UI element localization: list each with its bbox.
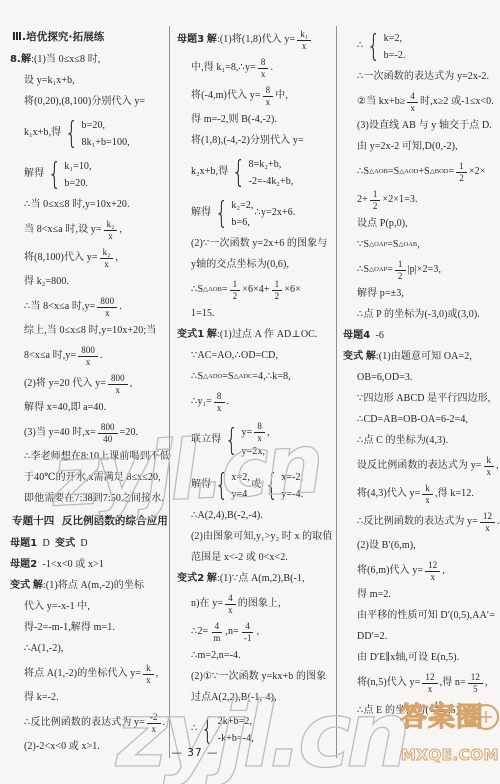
text-run: =S [222, 371, 233, 384]
answer-column-left: Ⅲ.培优探究·拓展练8.解:(1)当 0≤x≤8 时,设 y=k₁x+b,将(0… [8, 26, 169, 758]
text-run: 的图象上, [238, 598, 281, 611]
bold-label: 变式 [343, 351, 363, 364]
text-run: 将(6,m)代入 y= [357, 565, 423, 578]
bold-label: Ⅲ.培优探究·拓展练 [12, 31, 104, 44]
brace-system: {x=2,y=4 [212, 469, 250, 503]
fraction: 125 [468, 672, 483, 695]
text-run: ②当 kx+b≥ [357, 96, 405, 109]
text-run: 解得 p=±3, [357, 288, 404, 301]
text-run: k=2, [384, 30, 403, 47]
answer-text-line: ∵AC=AO,∴OD=CD, [177, 346, 334, 367]
brace-system: {2k+b=2,-k+b=-4, [198, 713, 253, 747]
text-run: ∴当 0≤x≤8 时,y=10x+20. [24, 199, 130, 212]
text-run: ∵AC=AO,∴OD=CD, [191, 350, 278, 363]
text-run: -6 [370, 330, 384, 343]
answer-text-line: ∴点 E 的坐标为(125,5). [343, 697, 497, 725]
answer-text-line: 于40℃的开水,x需满足 8≤x≤20, [10, 468, 169, 489]
brace-system: {k₂=2,b=6, [212, 197, 253, 231]
answer-text-line: 1=15. [177, 304, 334, 325]
fraction: kx [484, 455, 495, 478]
text-run: y=2x, [242, 443, 266, 460]
text-run: . [119, 301, 122, 314]
fraction: 800x [97, 296, 117, 319]
text-run: -1<x<0 或 x>1 [37, 559, 104, 572]
answer-text-line: (3)设直线 AB 与 y 轴交于点 D. [343, 116, 497, 137]
answer-text-line: 当 8<x≤a 时,设 y=k₂x, [10, 216, 169, 244]
fraction: 800x [78, 345, 98, 368]
answer-text-line: ∴S△OAP=12|p|×2=3, [343, 256, 497, 284]
text-run: ×6×4+ [242, 284, 269, 297]
text-run: (2)设 B′(6,m), [357, 540, 416, 553]
answer-text-line: 得 k=-2. [10, 688, 169, 709]
text-run: k₁x+b,得 [24, 127, 61, 140]
text-run: . [163, 717, 166, 730]
answer-text-line: 综上,当 0≤x≤8 时,y=10x+20;当 [10, 321, 169, 342]
text-run: 即他需要在7:38到7:50之间接水. [24, 493, 164, 506]
answer-text-line: 8<x≤a 时,y=800x. [10, 342, 169, 370]
left-brace-icon: { [201, 716, 214, 743]
text-run: (2)由图象可知,y₁>y₂ 时 x 的取值 [191, 531, 332, 544]
text-run: :(1)当 0≤x≤8 时, [31, 54, 100, 67]
fraction: 12 [395, 259, 406, 282]
text-run: ∴y₁= [191, 396, 212, 409]
text-run: ∴反比例函数的表达式为 y= [24, 717, 145, 730]
answer-text-line: 由 D′E∥x轴,可设 E(n,5). [343, 648, 497, 669]
text-run: x=2, [231, 469, 250, 486]
brace-system: {b=20,8k₁+b=100, [62, 117, 129, 151]
fraction: 4x [225, 593, 236, 616]
answer-text-line: 变式2 解:(1)∵点 A(m,2),B(-1, [177, 569, 334, 590]
answer-text-line: ∴A(2,4),B(-2,-4). [177, 506, 334, 527]
text-run: ∴y=2x+6. [255, 207, 296, 220]
text-run: 将点 A(1,-2)的坐标代入 y= [24, 668, 141, 681]
fraction: 800x [108, 373, 128, 396]
text-run: D [37, 538, 55, 551]
answer-text-line: 由平移的性质可知 D′(0,5),AA′= [343, 606, 497, 627]
answer-text-line: (2)设 B′(6,m), [343, 536, 497, 557]
brace-system: {8=k₂+b,-2=-4k₂+b, [229, 156, 293, 190]
text-run: 解得 [191, 479, 211, 492]
text-run: 由 y=2x-2 可知,D(0,-2), [357, 141, 458, 154]
text-run: 2k+b=2, [218, 713, 252, 730]
text-run: 当 8<x≤a 时,设 y= [24, 224, 102, 237]
text-run: =S [388, 166, 399, 179]
answer-text-line: k₂x+b,得{8=k₂+b,-2=-4k₂+b, [177, 152, 334, 193]
text-run: . [227, 396, 230, 409]
text-run: , [156, 668, 159, 681]
answer-text-line: ∴S△AOB=S△AOD+S△BOD=12×2× [343, 158, 497, 186]
answer-text-line: 将(8,100)代入 y=k₂x, [10, 244, 169, 272]
fraction: 4m [210, 621, 223, 644]
answer-text-line: 母题2 -1<x<0 或 x>1 [10, 555, 169, 576]
answer-text-line: ∴{k=2,b=-2. [343, 26, 497, 67]
text-run: 由 D′E∥x轴,可设 E(n,5). [357, 652, 459, 665]
subscript: △BOD [430, 168, 449, 176]
text-run: ×2×1=3. [382, 194, 417, 207]
text-run: ∴A(1,-2), [24, 643, 63, 656]
text-run: 解得 [24, 168, 44, 181]
text-run: 将(8,100)代入 y= [24, 252, 98, 265]
left-brace-icon: { [225, 427, 238, 454]
answer-text-line: 将(6,m)代入 y=12x, [343, 557, 497, 585]
answer-text-line: (2)将 y=20 代入 y=800x, [10, 370, 169, 398]
bold-label: 解 [207, 573, 217, 586]
text-run: = [222, 284, 228, 297]
text-run: ∴S [191, 371, 203, 384]
text-run: 或 [251, 479, 261, 492]
text-run: ∴S [191, 284, 203, 297]
bold-label: 变式2 [177, 573, 204, 586]
text-run: :(1)∵点 A(m,2),B(-1, [217, 573, 305, 586]
subscript: △ADO [203, 373, 222, 381]
page-number: — 37 — [0, 747, 390, 759]
text-run: y=4 [231, 486, 247, 503]
subscript: △AOB [369, 168, 388, 176]
text-run: ∴一次函数的表达式为 y=2x-2. [357, 71, 489, 84]
answer-text-line: ②当 kx+b≥4x时,x≥2 或-1≤x<0. [343, 88, 497, 116]
text-run: DD′=2. [357, 631, 387, 644]
answer-text-line: ∴当 0≤x≤8 时,y=10x+20. [10, 195, 169, 216]
text-run: y轴的交点坐标为(0,6), [191, 259, 289, 272]
answer-text-line: 将(n,5)代入 y=12x,得 n=125, [343, 669, 497, 697]
text-run: ×6× [284, 284, 301, 297]
answer-text-line: ∴一次函数的表达式为 y=2x-2. [343, 67, 497, 88]
answer-text-line: ∵S△OAP=S△OAB, [343, 235, 497, 256]
fraction: 12 [456, 161, 467, 184]
text-run: 得 k=-2. [24, 692, 59, 705]
text-run: 代入 y=-x-1 中, [24, 601, 90, 614]
text-run: ∴A(2,4),B(-2,-4). [191, 510, 263, 523]
answer-text-line: (3)当 y=40 时,x=80040=20. [10, 419, 169, 447]
bold-label: 变式 [55, 538, 75, 551]
fraction: 12 [230, 279, 241, 302]
answer-text-line: (2)由图象可知,y₁>y₂ 时 x 的取值 [177, 527, 334, 548]
text-run: , [130, 378, 133, 391]
text-run: 设点 P(p,0), [357, 218, 408, 231]
answer-text-line: OB=6,OD=3. [343, 368, 497, 389]
answer-text-line: 过点A(2,2),B(-1,-4), [177, 688, 334, 709]
section-heading: Ⅲ.培优探究·拓展练 [10, 26, 169, 50]
text-run: k₂x+b,得 [191, 166, 228, 179]
answer-text-line: 将(1,8),(-4,-2)分别代入 y= [177, 131, 334, 152]
text-run: ×2× [469, 166, 486, 179]
fraction: -2x [147, 712, 161, 735]
subscript: △OAB [399, 241, 418, 249]
answer-text-line: DD′=2. [343, 627, 497, 648]
text-run: 得 m=-2,则 B(-4,-2). [191, 114, 277, 127]
text-run: :(1)由题意可知 OA=2, [376, 351, 472, 364]
fraction: 12 [370, 189, 381, 212]
answer-text-line: 由 y=2x-2 可知,D(0,-2), [343, 137, 497, 158]
answer-text-line: 设 y=k₁x+b, [10, 71, 169, 92]
bold-label: 母题4 [343, 330, 370, 343]
answer-columns: Ⅲ.培优探究·拓展练8.解:(1)当 0≤x≤8 时,设 y=k₁x+b,将(0… [0, 0, 500, 758]
fraction: 4-1 [241, 621, 255, 644]
answer-text-line: ∴S△AOB=12×6×4+12×6× [177, 276, 334, 304]
bold-label: 变式 [10, 580, 30, 593]
fraction: 125 [431, 700, 446, 723]
text-run: ∴李老师想在8:10上课前喝到不低 [24, 451, 170, 464]
text-run: +S [418, 166, 429, 179]
bold-label: 8. [10, 54, 21, 67]
answer-text-line: 将(0,20),(8,100)分别代入 y= [10, 92, 169, 113]
text-run: ∴点 E 的坐标为( [357, 705, 429, 718]
fraction: kx [143, 663, 154, 686]
text-run: D [75, 538, 88, 551]
answer-text-line: 范围是 x<-2 或 0<x<2. [177, 548, 334, 569]
left-brace-icon: { [265, 472, 278, 499]
text-run: ∴点 P 的坐标为(-3,0)或(3,0). [357, 309, 480, 322]
text-run: =S [387, 239, 398, 252]
answer-text-line: 母题3 解:(1)将(1,8)代入 y=k₁x [177, 26, 334, 54]
left-brace-icon: { [367, 33, 380, 60]
text-run: 联立得 [191, 434, 221, 447]
text-run: 时,x≥2 或-1≤x<0. [420, 96, 494, 109]
answer-text-line: ∴点 C 的坐标为(4,3). [343, 431, 497, 452]
brace-system: {k=2,b=-2. [364, 30, 405, 64]
fraction: 12x [422, 672, 437, 695]
answer-text-line: ∴{2k+b=2,-k+b=-4, [177, 709, 334, 750]
text-run: 得-2=-m-1,解得 m=1. [24, 622, 115, 635]
text-run: (3)当 y=40 时,x= [24, 427, 96, 440]
text-run: 8=k₂+b, [249, 156, 282, 173]
text-run: ∴ [357, 40, 363, 53]
text-run: -2=-4k₂+b, [249, 173, 294, 190]
text-run: OB=6,OD=3. [357, 372, 413, 385]
answer-text-line: 解得 p=±3, [343, 284, 497, 305]
text-run: ∴CD=AB=OB-OA=6-2=4, [357, 414, 468, 427]
text-run: , [115, 252, 118, 265]
scanned-answer-page: Ⅲ.培优探究·拓展练8.解:(1)当 0≤x≤8 时,设 y=k₁x+b,将(0… [0, 0, 500, 784]
answer-text-line: k₁x+b,得{b=20,8k₁+b=100, [10, 113, 169, 154]
text-run: =4,∴k=8, [252, 371, 290, 384]
text-run: . [497, 516, 500, 529]
answer-text-line: (2)∵一次函数 y=2x+6 的图象与 [177, 234, 334, 255]
answer-text-line: 变式1 解:(1)过点 A 作 AD⊥OC. [177, 325, 334, 346]
bold-label: 解 [366, 351, 376, 364]
text-run: . [100, 350, 103, 363]
text-run: 8<x≤a 时,y= [24, 350, 76, 363]
text-run: 解得 x=40,即 a=40. [24, 402, 106, 415]
answer-text-line: ∴反比例函数的表达式为 y=12x. [343, 508, 497, 536]
text-run: 解得 [191, 207, 211, 220]
answer-text-line: ∴m=2,n=-4. [177, 646, 334, 667]
text-run: :(1)过点 A 作 AD⊥OC. [217, 329, 318, 342]
bold-label: 专题十四 反比例函数的综合应用 [12, 515, 168, 528]
text-run: -k+b=-4, [218, 730, 254, 747]
answer-text-line: 解得{k₂=2,b=6,∴y=2x+6. [177, 193, 334, 234]
answer-text-line: ∴李老师想在8:10上课前喝到不低 [10, 447, 169, 468]
text-run: ,得 k=12. [435, 488, 474, 501]
text-run: 设 y=k₁x+b, [24, 75, 75, 88]
answer-text-line: 2+12×2×1=3. [343, 186, 497, 214]
text-run: ∴S [357, 166, 369, 179]
answer-text-line: 解得{k₁=10,b=20. [10, 154, 169, 195]
bold-label: 母题3 [177, 34, 204, 47]
text-run: 得 m=2. [357, 589, 391, 602]
answer-text-line: 即他需要在7:38到7:50之间接水. [10, 489, 169, 510]
answer-text-line: 得 m=-2,则 B(-4,-2). [177, 110, 334, 131]
text-run: 中, [275, 90, 288, 103]
text-run: 于40℃的开水,x需满足 8≤x≤20, [24, 472, 161, 485]
answer-text-line: ∴当 8<x≤a 时,y=800x. [10, 293, 169, 321]
text-run: ∴ [191, 723, 197, 736]
bold-label: 解 [33, 580, 43, 593]
text-run: 将(-4,m)代入 y= [191, 90, 261, 103]
answer-text-line: 中,得 k₁=8,∴y=8x. [177, 54, 334, 82]
text-run: ∴反比例函数的表达式为 y= [357, 516, 478, 529]
answer-text-line: 设点 P(p,0), [343, 214, 497, 235]
text-run: ∴2= [191, 626, 208, 639]
brace-system: {y=8x,y=2x, [222, 421, 269, 461]
answer-text-line: ∴A(1,-2), [10, 639, 169, 660]
text-run: =20. [120, 427, 139, 440]
answer-text-line: 变式 解:(1)由题意可知 OA=2, [343, 347, 497, 368]
text-run: b=6, [231, 214, 250, 231]
answer-text-line: ∴2=4m,n=4-1, [177, 618, 334, 646]
text-run: 中,得 k₁=8,∴y= [191, 62, 256, 75]
text-run: y= [242, 424, 253, 441]
text-run: :(1)将(1,8)代入 y= [217, 34, 295, 47]
left-brace-icon: { [65, 120, 78, 147]
text-run: n)在 y= [191, 598, 223, 611]
text-run: 8k₁+b=100, [82, 134, 130, 151]
answer-text-line: 将(4,3)代入 y=kx,得 k=12. [343, 480, 497, 508]
text-run: x=-2, [281, 469, 303, 486]
answer-text-line: n)在 y=4x的图象上, [177, 590, 334, 618]
answer-column-middle: 母题3 解:(1)将(1,8)代入 y=k₁x中,得 k₁=8,∴y=8x.将(… [169, 26, 337, 758]
text-run: ,5). [448, 705, 462, 718]
text-run: = [387, 264, 393, 277]
text-run: (3)设直线 AB 与 y 轴交于点 D. [357, 120, 492, 133]
subscript: △OAP [369, 266, 387, 274]
answer-text-line: 母题4 -6 [343, 326, 497, 347]
text-run: ,n= [225, 626, 238, 639]
answer-text-line: 得 k₂=800. [10, 272, 169, 293]
bold-label: 解 [21, 54, 31, 67]
text-run: , [119, 224, 122, 237]
text-run: ∴m=2,n=-4. [191, 650, 241, 663]
text-run: ∵S [357, 239, 369, 252]
text-run: b=20, [82, 117, 106, 134]
text-run: 设反比例函数的表达式为 y= [357, 460, 482, 473]
bold-label: 解 [207, 34, 217, 47]
left-brace-icon: { [215, 472, 228, 499]
answer-text-line: 得 m=2. [343, 585, 497, 606]
fraction: 8x [263, 85, 274, 108]
fraction: k₂x [100, 247, 114, 270]
answer-text-line: 设反比例函数的表达式为 y=kx, [343, 452, 497, 480]
fraction: 4x [407, 91, 418, 114]
text-run: , [496, 460, 499, 473]
text-run: , [442, 565, 445, 578]
text-run: 由平移的性质可知 D′(0,5),AA′= [357, 610, 495, 623]
text-run: 将(n,5)代入 y= [357, 677, 420, 690]
text-run: ∵四边形 ABCD 是平行四边形, [357, 393, 490, 406]
answer-text-line: 得-2=-m-1,解得 m=1. [10, 618, 169, 639]
text-run: 范围是 x<-2 或 0<x<2. [191, 552, 288, 565]
text-run: 得 k₂=800. [24, 276, 69, 289]
subscript: △OAP [369, 241, 387, 249]
fraction: 8x [214, 391, 225, 414]
brace-system: {x=-2,y=-4. [262, 469, 303, 503]
answer-text-line: ∴S△ADO=S△ADC=4,∴k=8, [177, 367, 334, 388]
fraction: k₂x [104, 219, 118, 242]
answer-text-line: 解得 x=40,即 a=40. [10, 398, 169, 419]
text-run: 将(4,3)代入 y= [357, 488, 420, 501]
text-run: 将(1,8),(-4,-2)分别代入 y= [191, 135, 304, 148]
fraction: 12x [425, 560, 440, 583]
text-run: |p|×2=3, [408, 264, 442, 277]
subscript: △AOD [399, 168, 418, 176]
answer-text-line: 将(-4,m)代入 y=8x中, [177, 82, 334, 110]
answer-text-line: (2)①∵一次函数 y=kx+b 的图象 [177, 667, 334, 688]
answer-text-line: 解得{x=2,y=4或{x=-2,y=-4. [177, 465, 334, 506]
text-run: (2)将 y=20 代入 y= [24, 378, 106, 391]
text-run: (2)∵一次函数 y=2x+6 的图象与 [191, 238, 327, 251]
answer-text-line: ∴点 P 的坐标为(-3,0)或(3,0). [343, 305, 497, 326]
answer-text-line: 代入 y=-x-1 中, [10, 597, 169, 618]
text-run: = [449, 166, 455, 179]
left-brace-icon: { [48, 161, 61, 188]
fraction: k₁x [297, 29, 311, 52]
text-run: , [257, 626, 260, 639]
text-run: k₁=10, [64, 158, 91, 175]
answer-text-line: 母题1 D 变式 D [10, 534, 169, 555]
text-run: ∴S [357, 264, 369, 277]
text-run: y=-4. [281, 486, 303, 503]
left-brace-icon: { [232, 159, 245, 186]
text-run: 将(0,20),(8,100)分别代入 y= [24, 96, 145, 109]
text-run: b=20. [64, 175, 88, 192]
answer-text-line: 联立得{y=8x,y=2x, [177, 416, 334, 465]
text-run: ∴点 C 的坐标为(4,3). [357, 435, 448, 448]
section-heading: 专题十四 反比例函数的综合应用 [10, 510, 169, 534]
text-run: 2+ [357, 194, 368, 207]
answer-column-right: ∴{k=2,b=-2.∴一次函数的表达式为 y=2x-2.②当 kx+b≥4x时… [337, 26, 497, 758]
text-run: k₂=2, [231, 197, 253, 214]
answer-text-line: ∵四边形 ABCD 是平行四边形, [343, 389, 497, 410]
fraction: kx [422, 483, 433, 506]
text-run: 1=15. [191, 308, 215, 321]
text-run: ,得 n= [440, 677, 466, 690]
fraction: 80040 [98, 422, 118, 445]
text-run: 综上,当 0≤x≤8 时,y=10x+20;当 [24, 325, 156, 338]
text-run: (2)①∵一次函数 y=kx+b 的图象 [191, 671, 326, 684]
answer-text-line: ∴CD=AB=OB-OA=6-2=4, [343, 410, 497, 431]
bold-label: 解 [207, 329, 217, 342]
fraction: 8x [254, 421, 265, 444]
text-run: :(1)将点 A(m,-2)的坐标 [43, 580, 144, 593]
bold-label: 母题2 [10, 559, 37, 572]
answer-text-line: ∴y₁=8x. [177, 388, 334, 416]
text-run: b=-2. [384, 47, 406, 64]
fraction: 12x [480, 511, 495, 534]
text-run: 过点A(2,2),B(-1,-4), [191, 692, 277, 705]
answer-text-line: ∴反比例函数的表达式为 y=-2x. [10, 709, 169, 737]
text-run: , [267, 424, 270, 441]
text-run: , [485, 677, 488, 690]
subscript: △ADC [234, 373, 253, 381]
answer-text-line: 将点 A(1,-2)的坐标代入 y=kx, [10, 660, 169, 688]
answer-text-line: y轴的交点坐标为(0,6), [177, 255, 334, 276]
subscript: △AOB [203, 286, 222, 294]
answer-text-line: 8.解:(1)当 0≤x≤8 时, [10, 50, 169, 71]
brace-system: {k₁=10,b=20. [45, 158, 91, 192]
answer-text-line: 变式 解:(1)将点 A(m,-2)的坐标 [10, 576, 169, 597]
fraction: 12 [272, 279, 283, 302]
bold-label: 变式1 [177, 329, 204, 342]
